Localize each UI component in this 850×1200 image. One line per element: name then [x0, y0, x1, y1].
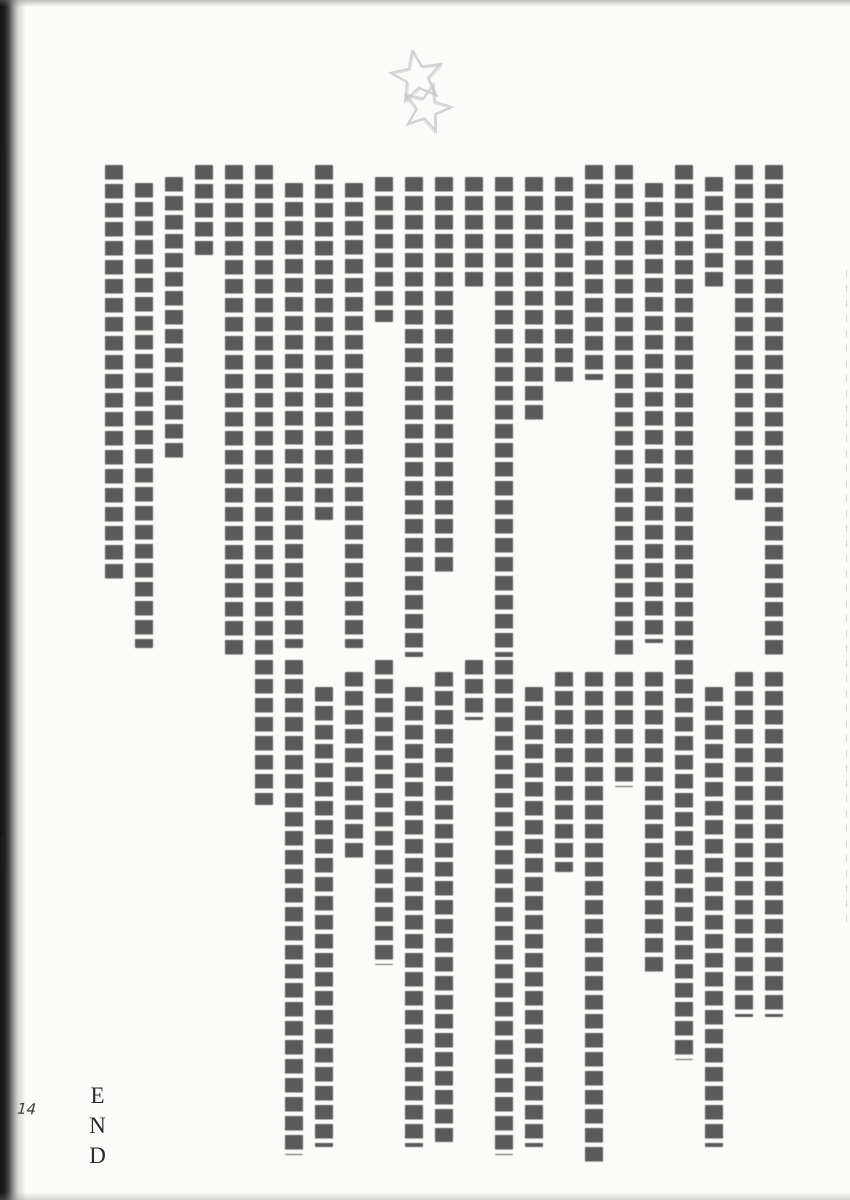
redacted-text-column [435, 177, 453, 572]
page-bottom-edge-shadow [0, 1192, 850, 1200]
redacted-text-column [135, 183, 153, 648]
redacted-text-column [315, 687, 333, 1147]
redacted-text-column [585, 672, 603, 1162]
redacted-text-column [765, 165, 783, 655]
scan-smudge [0, 835, 6, 865]
redacted-text-column [345, 672, 363, 862]
redacted-text-column [285, 660, 303, 1155]
redacted-text-column [615, 672, 633, 787]
redacted-text-column [465, 177, 483, 287]
redacted-text-column [255, 660, 273, 805]
redacted-text-column [255, 165, 273, 655]
redacted-text-column [375, 660, 393, 965]
redacted-text-column [495, 177, 513, 657]
redacted-text-column [165, 177, 183, 462]
redacted-text-column [615, 165, 633, 655]
redacted-text-column [645, 183, 663, 643]
page-top-edge-shadow [0, 0, 850, 7]
redacted-text-column [405, 177, 423, 657]
redacted-text-column [705, 687, 723, 1147]
end-label: END [84, 1083, 110, 1173]
page-right-edge-mark [846, 270, 847, 930]
redacted-text-column [105, 165, 123, 580]
redacted-text-column [285, 183, 303, 648]
redacted-text-column [735, 165, 753, 500]
redacted-text-column [555, 177, 573, 382]
scanned-page: END 14 [0, 0, 850, 1200]
redacted-text-column [675, 165, 693, 655]
redacted-text-column [525, 687, 543, 1147]
redacted-text-column [645, 672, 663, 972]
redacted-text-column [585, 165, 603, 380]
redacted-text-column [465, 660, 483, 720]
redacted-text-column [405, 687, 423, 1147]
redacted-text-column [675, 660, 693, 1060]
redacted-text-column [495, 660, 513, 1155]
redacted-text-column [315, 165, 333, 520]
redacted-text-column [705, 177, 723, 287]
redacted-text-column [555, 672, 573, 872]
redacted-text-column [735, 672, 753, 1017]
redacted-text-column [195, 165, 213, 255]
redacted-text-column [375, 177, 393, 322]
redacted-text-column [345, 183, 363, 648]
redacted-text-column [435, 672, 453, 1142]
redacted-text-column [525, 177, 543, 422]
page-number: 14 [15, 1100, 39, 1119]
scan-smudge [0, 150, 6, 240]
double-star-icon [388, 50, 456, 136]
redacted-text-column [765, 672, 783, 1017]
redacted-text-column [225, 165, 243, 655]
